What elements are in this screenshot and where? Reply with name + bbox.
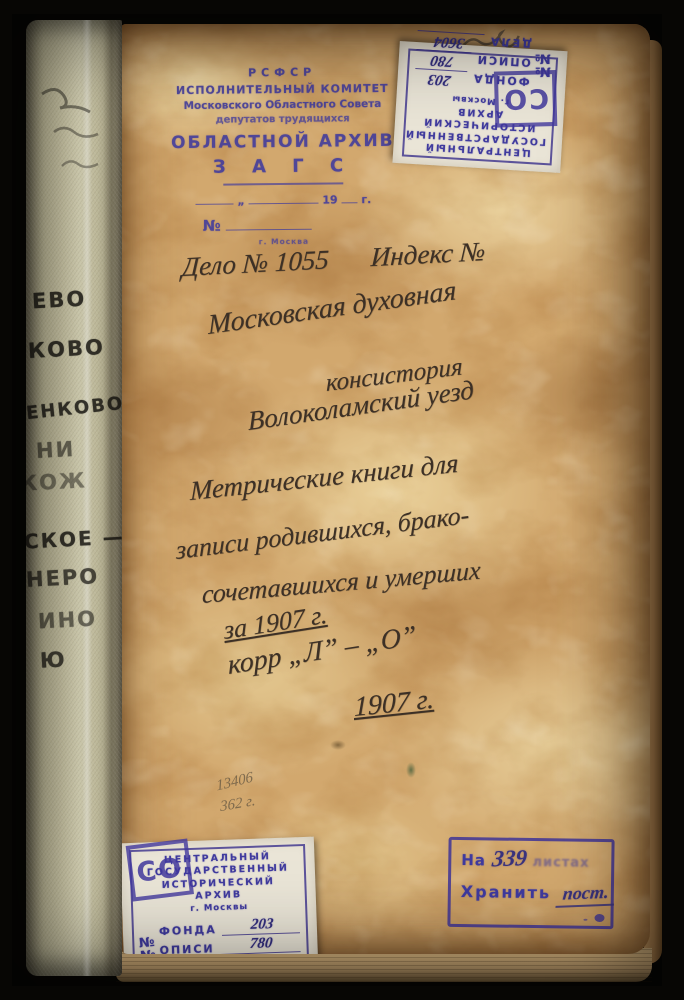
- spine-text-fragment: КОВО: [27, 335, 105, 363]
- spine-text-fragment: Ю: [39, 647, 67, 672]
- stamp-zags: З А Г С: [140, 155, 426, 180]
- co-stamp: СО: [126, 838, 194, 901]
- storage-stamp: На 339 листах Хранить пост.: [447, 837, 614, 929]
- fond-value: 203: [412, 68, 468, 88]
- sheets-line: На 339 листах: [461, 849, 601, 871]
- archive-label-bottom: ЦЕНТРАЛЬНЫЙ ГОСУДАРСТВЕННЫЙ ИСТОРИЧЕСКИЙ…: [120, 837, 318, 954]
- spine-text-fragment: ИНО: [37, 606, 97, 633]
- spine-text-fragment: ЕВО: [31, 287, 86, 314]
- blank-line: [196, 192, 234, 204]
- hranit-label: Хранить: [461, 882, 552, 902]
- label-nn: №№: [138, 935, 161, 954]
- stamp-rsfsr: РСФСР: [139, 65, 425, 82]
- co-stamp: СО: [494, 70, 557, 128]
- book-spine: ЕВО КОВО ЕНКОВО НИ КОЖ СКОЕ — НЕРО ИНО Ю: [26, 20, 122, 976]
- opis-label: ОПИСИ: [159, 943, 214, 954]
- opis-value: 780: [220, 935, 303, 954]
- blank-line: [341, 191, 357, 203]
- keep-term: пост.: [556, 882, 617, 908]
- fond-label: ФОНДА: [159, 923, 217, 938]
- spine-text-fragment: НЕРО: [26, 564, 100, 592]
- blank-line: [226, 217, 312, 230]
- zags-archive-stamp: РСФСР ИСПОЛНИТЕЛЬНЫЙ КОМИТЕТ Московского…: [139, 65, 427, 249]
- spine-top-scribble: [32, 80, 116, 200]
- dark-stain: [330, 740, 346, 750]
- stamp-mosoblsovet: Московского Областного Совета: [139, 97, 425, 113]
- na-label: На: [461, 851, 486, 869]
- photo-black-background: ЕВО КОВО ЕНКОВО НИ КОЖ СКОЕ — НЕРО ИНО Ю: [0, 0, 684, 1000]
- label-row-opis: ОПИСИ 780: [159, 936, 302, 954]
- marbled-cover: РСФСР ИСПОЛНИТЕЛЬНЫЙ КОМИТЕТ Московского…: [120, 24, 650, 954]
- spine-text-fragment: СКОЕ —: [26, 524, 122, 553]
- green-stain: [406, 762, 416, 778]
- blank-line: [248, 192, 318, 205]
- stamp-g: г.: [361, 193, 371, 206]
- fond-value: 203: [222, 916, 302, 936]
- label-number-table: №№ ФОНДА 203 ОПИСИ 780 ДЕЛА: [139, 915, 303, 954]
- ink-blot: [594, 914, 604, 922]
- delo-value: 3604: [414, 30, 484, 51]
- stamp-year-19: 19: [322, 193, 337, 206]
- keep-line: Хранить пост.: [461, 881, 601, 907]
- stamp-rule-line: [223, 182, 343, 185]
- stamp-date-line: „ 19 г.: [140, 190, 426, 209]
- spine-text-fragment: НИ: [35, 437, 75, 463]
- archival-volume: ЕВО КОВО ЕНКОВО НИ КОЖ СКОЕ — НЕРО ИНО Ю: [12, 14, 662, 986]
- listah-label: листах: [532, 855, 589, 871]
- delo-label: ДЕЛА: [489, 34, 533, 50]
- opis-label: ОПИСИ: [475, 52, 531, 68]
- stamp-oblast-archive: ОБЛАСТНОЙ АРХИВ: [140, 131, 426, 155]
- index-number: Индекс №: [370, 236, 486, 272]
- number-sign: №: [203, 216, 221, 234]
- opis-value: 780: [413, 49, 471, 69]
- case-number: Дело № 1055: [181, 244, 329, 282]
- stamp-deputies: депутатов трудящихся: [140, 112, 426, 127]
- stamp-number-line: №: [141, 214, 427, 236]
- archive-label-top: ЦЕНТРАЛЬНЫЙ ГОСУДАРСТВЕННЫЙ ИСТОРИЧЕСКИЙ…: [392, 41, 567, 173]
- stamp-committee: ИСПОЛНИТЕЛЬНЫЙ КОМИТЕТ: [139, 81, 425, 98]
- sheet-count: 339: [491, 849, 528, 869]
- spine-text-fragment: КОЖ: [26, 468, 87, 495]
- stamp-quote: „: [237, 194, 244, 207]
